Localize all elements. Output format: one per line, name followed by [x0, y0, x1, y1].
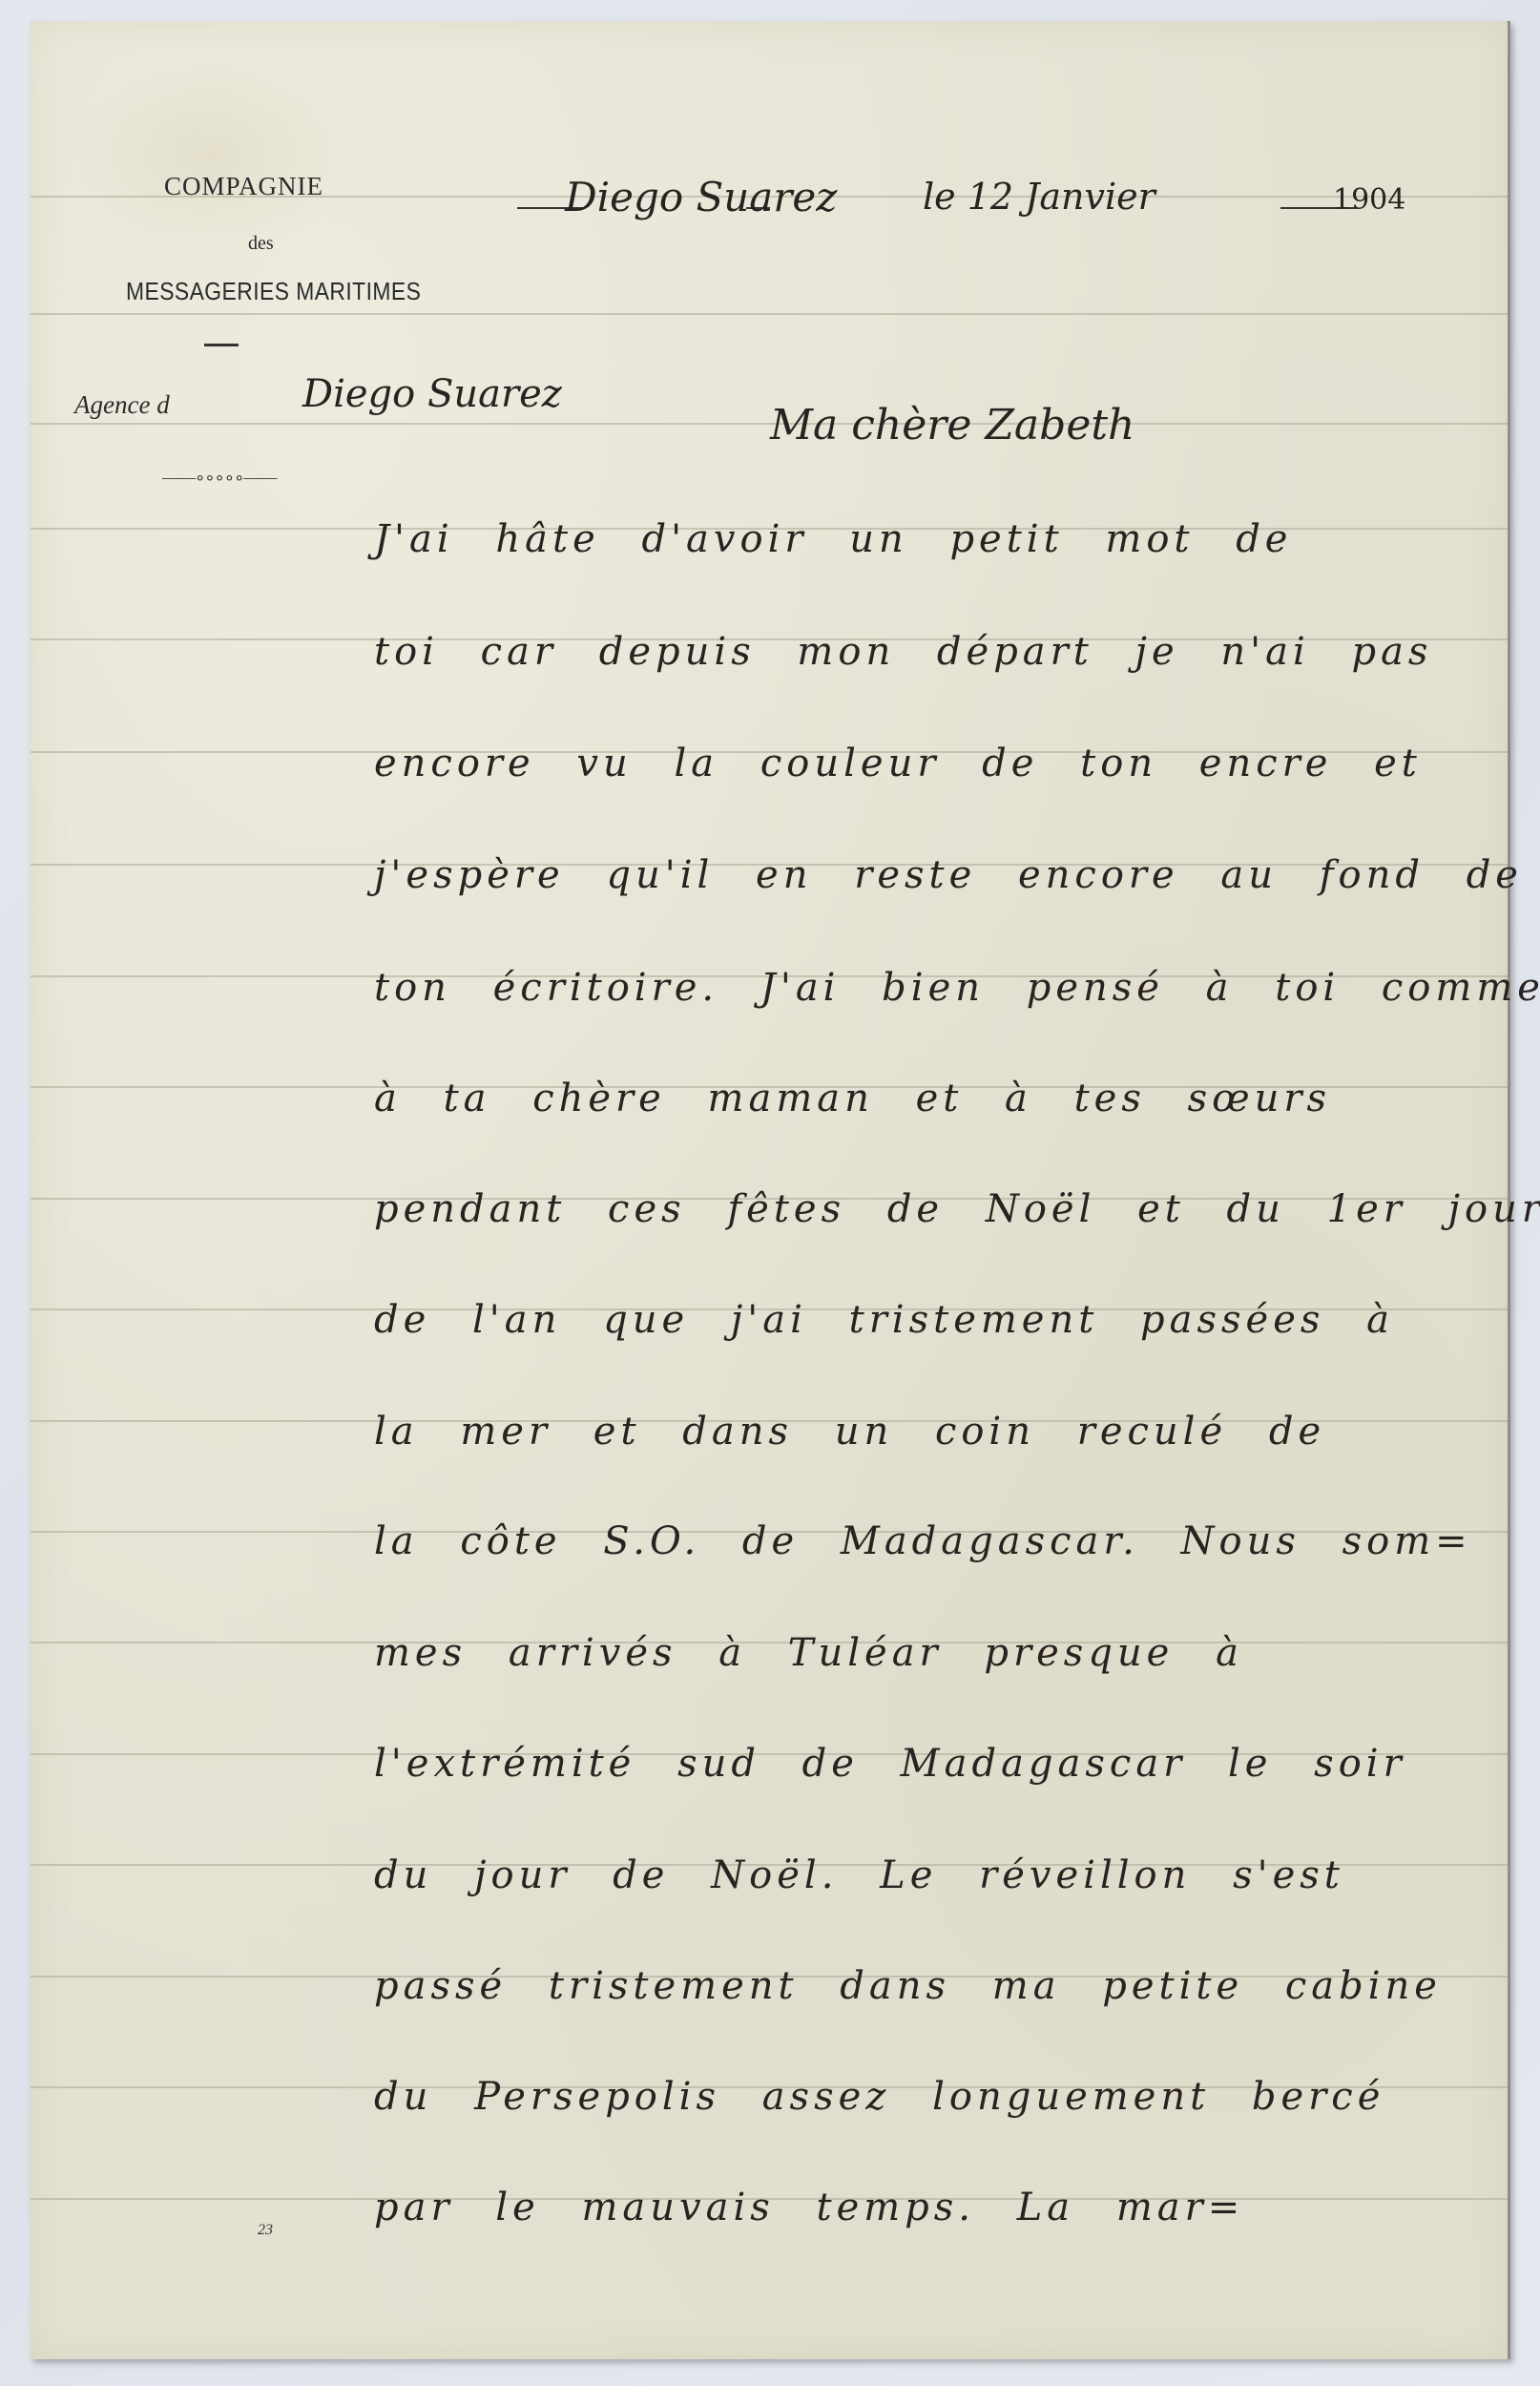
- body-line: à ta chère maman et à tes sœurs: [374, 1077, 1331, 1120]
- body-line: j'espère qu'il en reste encore au fond d…: [374, 853, 1523, 897]
- body-line: par le mauvais temps. La mar=: [374, 2186, 1244, 2229]
- body-line: encore vu la couleur de ton encre et: [374, 742, 1422, 785]
- dateline-year: 1904: [1333, 183, 1405, 217]
- ruled-line: [31, 423, 1508, 425]
- body-line: du jour de Noël. Le réveillon s'est: [374, 1853, 1344, 1897]
- salutation: Ma chère Zabeth: [770, 401, 1134, 450]
- body-line: passé tristement dans ma petite cabine: [374, 1964, 1442, 2008]
- body-line: toi car depuis mon départ je n'ai pas: [374, 630, 1432, 674]
- dateline-place: Diego Suarez: [565, 174, 837, 220]
- agence-place: Diego Suarez: [302, 372, 562, 416]
- body-line: ton écritoire. J'ai bien pensé à toi com…: [374, 966, 1540, 1010]
- body-line: la mer et dans un coin reculé de: [374, 1410, 1325, 1454]
- letter-paper: COMPAGNIE des MESSAGERIES MARITIMES Agen…: [31, 21, 1510, 2359]
- ruled-line: [31, 313, 1508, 315]
- margin-mark: 23: [258, 2222, 273, 2239]
- body-line: la côte S.O. de Madagascar. Nous som=: [374, 1519, 1472, 1563]
- dateline-date: le 12 Janvier: [923, 176, 1155, 218]
- body-line: l'extrémité sud de Madagascar le soir: [374, 1742, 1406, 1786]
- body-line: mes arrivés à Tuléar presque à: [374, 1631, 1243, 1675]
- body-line: du Persepolis assez longuement bercé: [374, 2075, 1384, 2119]
- letterhead-des: des: [248, 233, 274, 255]
- body-line: de l'an que j'ai tristement passées à: [374, 1298, 1394, 1342]
- letterhead-messageries-maritimes: MESSAGERIES MARITIMES: [126, 277, 421, 306]
- body-line: pendant ces fêtes de Noël et du 1er jour: [374, 1187, 1540, 1231]
- body-line: J'ai hâte d'avoir un petit mot de: [374, 517, 1292, 561]
- letterhead-ornament: ——∘∘∘∘∘——: [162, 468, 276, 488]
- letterhead-agence-label: Agence d: [74, 390, 170, 420]
- paper-stain: [69, 59, 355, 250]
- letterhead-divider: [204, 344, 239, 346]
- letterhead-company: COMPAGNIE: [164, 172, 323, 201]
